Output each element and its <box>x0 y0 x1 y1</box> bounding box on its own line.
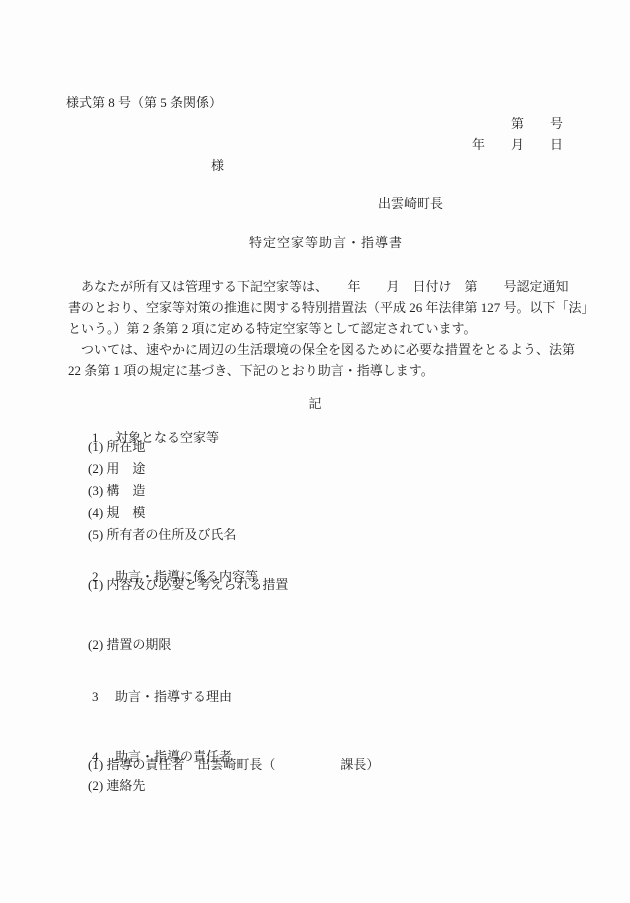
issuer-name: 出雲崎町長 <box>378 197 443 210</box>
document-title: 特定空家等助言・指導書 <box>68 236 584 249</box>
date-line: 年 月 日 <box>472 138 563 151</box>
list-item-owner: (5) 所有者の住所及び氏名 <box>88 528 236 541</box>
list-item-deadline: (2) 措置の期限 <box>88 638 171 651</box>
body-paragraph-line: ついては、速やかに周辺の生活環境の保全を図るために必要な措置をとるよう、法第 <box>68 343 575 356</box>
list-item-responsible-person: (1) 指導の責任者 出雲崎町長（ 課長） <box>88 758 379 771</box>
document-page: 様式第 8 号（第 5 条関係） 第 号 年 月 日 様 出雲崎町長 特定空家等… <box>0 0 630 903</box>
body-paragraph-line: あなたが所有又は管理する下記空家等は、 年 月 日付け 第 号認定通知 <box>68 280 569 293</box>
list-item-scale: (4) 規 模 <box>88 506 145 519</box>
form-number-label: 様式第 8 号（第 5 条関係） <box>66 96 222 109</box>
body-paragraph-line: 書のとおり、空家等対策の推進に関する特別措置法（平成 26 年法律第 127 号… <box>68 301 595 314</box>
list-item-location: (1) 所在地 <box>88 440 145 453</box>
list-item-contact: (2) 連絡先 <box>88 779 145 792</box>
list-item-structure: (3) 構 造 <box>88 484 145 497</box>
section-3-heading: 3助言・指導する理由 <box>79 677 232 716</box>
document-number-line: 第 号 <box>511 117 563 130</box>
body-paragraph-line: という。）第 2 条第 2 項に定める特定空家等として認定されています。 <box>68 322 476 335</box>
list-item-use: (2) 用 途 <box>88 462 145 475</box>
addressee-honorific: 様 <box>211 159 224 172</box>
record-marker: 記 <box>0 397 630 410</box>
section-number: 3 <box>92 690 115 703</box>
list-item-measures: (1) 内容及び必要と考えられる措置 <box>88 578 288 591</box>
section-heading-text: 助言・指導する理由 <box>115 689 232 704</box>
body-paragraph-line: 22 条第 1 項の規定に基づき、下記のとおり助言・指導します。 <box>68 364 434 377</box>
